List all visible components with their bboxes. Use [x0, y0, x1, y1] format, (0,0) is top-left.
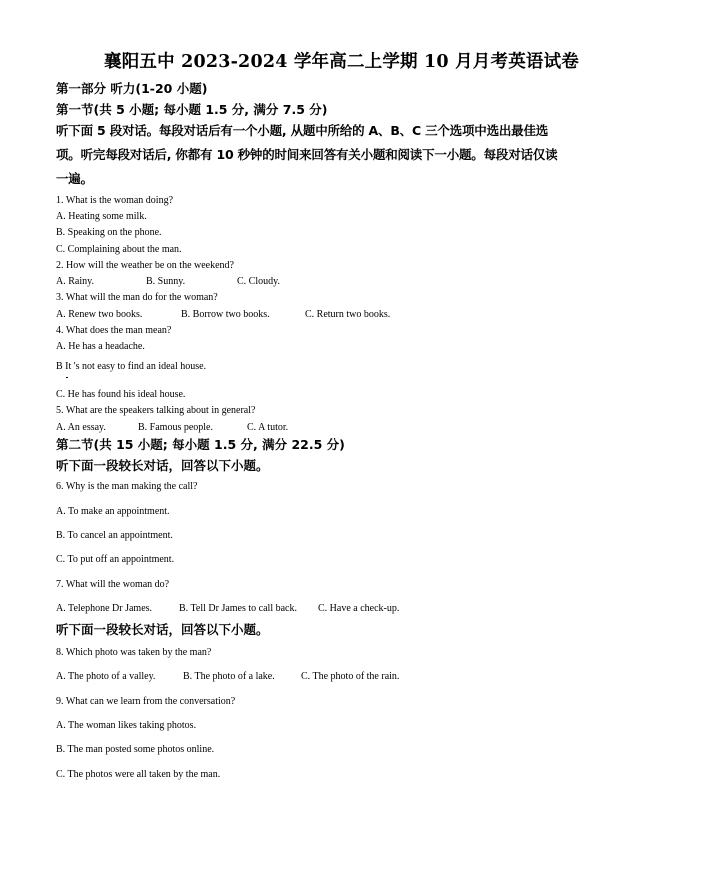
section1-instruction-line-1: 听下面 5 段对话。每段对话后有一个小题, 从题中所给的 A、B、C 三个选项中…	[56, 125, 548, 138]
question-5-option-a: A. An essay.	[56, 423, 106, 433]
part1-heading: 第一部分 听力(1-20 小题)	[56, 83, 207, 96]
section1-heading: 第一节(共 5 小题; 每小题 1.5 分, 满分 7.5 分)	[56, 104, 327, 117]
question-9-option-b: B. The man posted some photos online.	[56, 745, 214, 755]
group-2-instruction: 听下面一段较长对话，回答以下小题。	[56, 624, 269, 637]
question-7-options: A. Telephone Dr James. B. Tell Dr James …	[56, 604, 456, 616]
group-1-instruction: 听下面一段较长对话，回答以下小题。	[56, 460, 269, 473]
question-1-stem: 1. What is the woman doing?	[56, 196, 173, 206]
question-6-option-a: A. To make an appointment.	[56, 507, 170, 517]
question-8-option-b: B. The photo of a lake.	[183, 672, 275, 682]
question-3-options: A. Renew two books. B. Borrow two books.…	[56, 310, 456, 322]
question-6-stem: 6. Why is the man making the call?	[56, 482, 197, 492]
question-8-option-a: A. The photo of a valley.	[56, 672, 155, 682]
question-1-option-b: B. Speaking on the phone.	[56, 228, 162, 238]
question-3-option-a: A. Renew two books.	[56, 310, 142, 320]
question-4-option-a: A. He has a headache.	[56, 342, 145, 352]
question-2-stem: 2. How will the weather be on the weeken…	[56, 261, 234, 271]
exam-title: 襄阳五中 2023-2024 学年高二上学期 10 月月考英语试卷	[104, 54, 579, 72]
question-5-stem: 5. What are the speakers talking about i…	[56, 406, 255, 416]
question-7-option-a: A. Telephone Dr James.	[56, 604, 152, 614]
question-9-option-c: C. The photos were all taken by the man.	[56, 770, 220, 780]
question-5-options: A. An essay. B. Famous people. C. A tuto…	[56, 423, 456, 435]
question-2-option-a: A. Rainy.	[56, 277, 94, 287]
exam-page: 襄阳五中 2023-2024 学年高二上学期 10 月月考英语试卷 第一部分 听…	[0, 0, 701, 877]
question-4-option-c: C. He has found his ideal house.	[56, 390, 185, 400]
question-7-option-b: B. Tell Dr James to call back.	[179, 604, 297, 614]
question-2-options: A. Rainy. B. Sunny. C. Cloudy.	[56, 277, 456, 289]
question-8-option-c: C. The photo of the rain.	[301, 672, 399, 682]
question-8-stem: 8. Which photo was taken by the man?	[56, 648, 211, 658]
question-2-option-b: B. Sunny.	[146, 277, 185, 287]
question-1-option-a: A. Heating some milk.	[56, 212, 147, 222]
question-8-options: A. The photo of a valley. B. The photo o…	[56, 672, 456, 684]
question-2-option-c: C. Cloudy.	[237, 277, 280, 287]
question-9-option-a: A. The woman likes taking photos.	[56, 721, 196, 731]
section1-instruction-line-3: 一遍。	[56, 173, 93, 186]
question-9-stem: 9. What can we learn from the conversati…	[56, 697, 235, 707]
section2-heading: 第二节(共 15 小题; 每小题 1.5 分, 满分 22.5 分)	[56, 439, 345, 452]
question-3-stem: 3. What will the man do for the woman?	[56, 293, 218, 303]
question-3-option-b: B. Borrow two books.	[181, 310, 270, 320]
question-7-stem: 7. What will the woman do?	[56, 580, 169, 590]
question-6-option-c: C. To put off an appointment.	[56, 555, 174, 565]
question-5-option-c: C. A tutor.	[247, 423, 288, 433]
question-4-option-b: B It 's not easy to find an ideal house.	[56, 362, 206, 372]
question-5-option-b: B. Famous people.	[138, 423, 213, 433]
question-6-option-b: B. To cancel an appointment.	[56, 531, 173, 541]
question-3-option-c: C. Return two books.	[305, 310, 390, 320]
section1-instruction-line-2: 项。听完每段对话后, 你都有 10 秒钟的时间来回答有关小题和阅读下一小题。每段…	[56, 149, 557, 162]
question-7-option-c: C. Have a check-up.	[318, 604, 399, 614]
stray-dot-mark	[66, 377, 68, 378]
question-4-stem: 4. What does the man mean?	[56, 326, 171, 336]
question-1-option-c: C. Complaining about the man.	[56, 245, 182, 255]
